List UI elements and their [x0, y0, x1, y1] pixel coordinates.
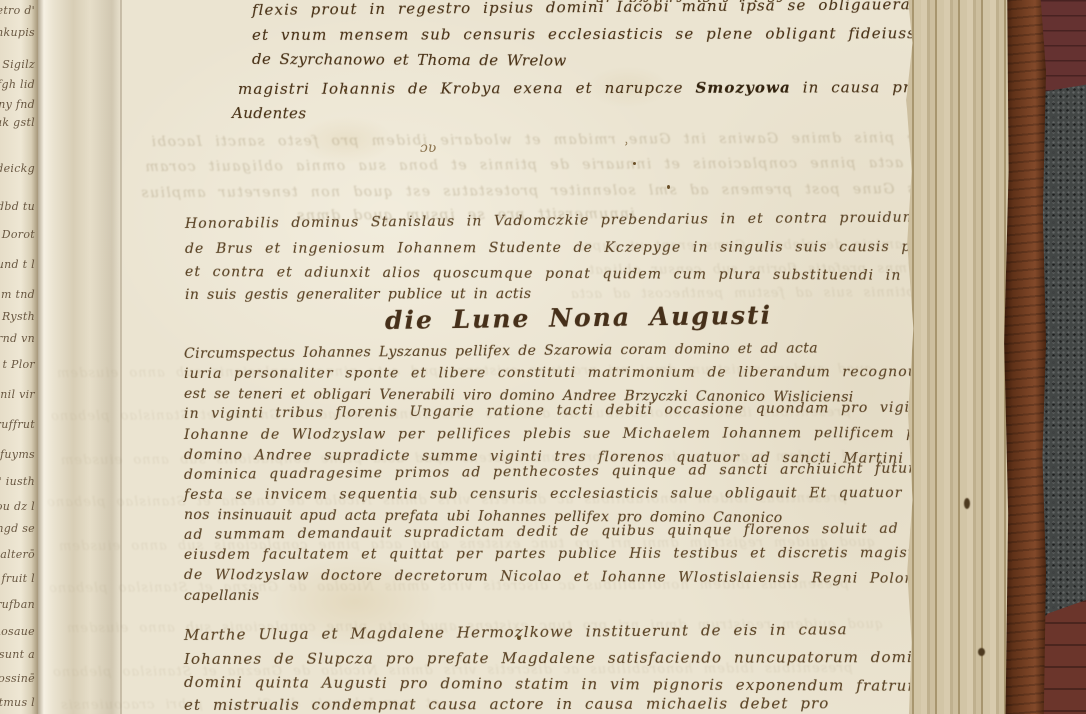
text-line: et contra et adiunxit alios quoscumque p… [185, 264, 1030, 285]
bleedthrough-line: de ptinnis suis ad festum penthecost ad … [570, 285, 943, 302]
manuscript-photo: sed de pinis dmine Gawins int Gune rmida… [0, 0, 1086, 714]
margin-fragment: m franil vir [0, 388, 35, 401]
margin-fragment: nd ruffrut [0, 418, 35, 431]
margin-fragment: ffgh lid [0, 78, 35, 91]
margin-fragment: d rufban [0, 598, 35, 611]
page-crease [120, 0, 122, 714]
text-line: Iohannes de Slupcza pro prefate Magdalen… [184, 648, 930, 668]
margin-fragment: n wndbd tu [0, 200, 35, 213]
text-line: et mistrualis condempnat causa actore in… [184, 694, 829, 714]
entry-date-heading: die Lune Nona Augusti [385, 301, 772, 336]
bleedthrough-line: sed de pinis dmine Gawins int Gune rmida… [150, 130, 967, 150]
ink-tick: ˒ [624, 137, 628, 153]
margin-fragment: lat petro d' [0, 4, 35, 17]
highlighted-name: Smozyowa [695, 79, 790, 97]
margin-fragment: nd t Plor [0, 358, 35, 371]
margin-fragment: ny fnd [0, 98, 35, 111]
ink-speck [667, 185, 670, 189]
binding-leather-strip [1002, 0, 1046, 714]
text-line: de Brus et ingeniosum Iohannem Studente … [185, 239, 989, 258]
margin-fragment: g rmiund t l [0, 258, 35, 271]
facing-page-edge: lat petro d' dmnkupis m d Sigilz ffgh li… [0, 0, 38, 714]
ink-speck [633, 162, 636, 165]
text-line: in suis gestis generaliter publice ut in… [185, 286, 531, 304]
margin-fragment: hou sunt a [0, 648, 35, 661]
manuscript-page: sed de pinis dmine Gawins int Gune rmida… [36, 0, 916, 714]
margin-fragment: dotff m tnd [0, 288, 35, 301]
bleedthrough-line: apud acta pinne conplacionis et innuarie… [144, 155, 956, 175]
margin-fragment: m d Sigilz [0, 58, 35, 71]
margin-fragment: md nitmus l [0, 696, 35, 709]
margin-fragment: huk gstl [0, 116, 35, 129]
page-deckle-edge [898, 0, 1010, 714]
bleedthrough-line: wnd entis Gune post premens ad sml solen… [140, 181, 994, 201]
text-line: de Szyrchanowo et Thoma de Wrelow [252, 50, 567, 70]
margin-fragment: lchile Dorot [0, 228, 35, 241]
margin-fragment: ß deickg [0, 162, 35, 175]
ink-speck [517, 636, 521, 640]
text-line: Circumspectus Iohannes Lyszanus pellifex… [184, 340, 818, 362]
text-line: capellanis [184, 588, 259, 605]
ink-speck [344, 89, 346, 92]
margin-fragment: g fernd vn [0, 332, 35, 345]
text-line: Audentes [232, 104, 307, 122]
margin-fragment: rou dz l [0, 500, 35, 513]
margin-fragment: g qm Rosaue [0, 625, 35, 638]
text-line: domini quinta Augusti pro domino statim … [184, 673, 1036, 695]
deckle-knot [964, 498, 970, 509]
margin-fragment: ld fuyms [0, 448, 35, 461]
ink-scribble: ɔʋ [420, 140, 436, 156]
margin-fragment: dalingd se [0, 522, 35, 535]
text-segment: magistri Iohannis de Krobya exena et nar… [238, 79, 696, 98]
margin-fragment: n dmi Rysth [0, 310, 35, 323]
margin-fragment: am fruit l [0, 572, 35, 585]
text-line: festa se invicem sequentia sub censuris … [184, 485, 953, 504]
text-line: Iohanne de Wlodzyslaw per pellifices ple… [184, 425, 965, 444]
text-line: eiusdem facultatem et quittat per partes… [184, 545, 1009, 564]
margin-fragment: t ruhalterō [0, 548, 35, 561]
margin-fragment: lb d' iusth [0, 475, 35, 488]
margin-fragment: rou Rossinē [0, 672, 35, 685]
deckle-knot [978, 648, 985, 656]
margin-fragment: dmnkupis [0, 26, 35, 39]
